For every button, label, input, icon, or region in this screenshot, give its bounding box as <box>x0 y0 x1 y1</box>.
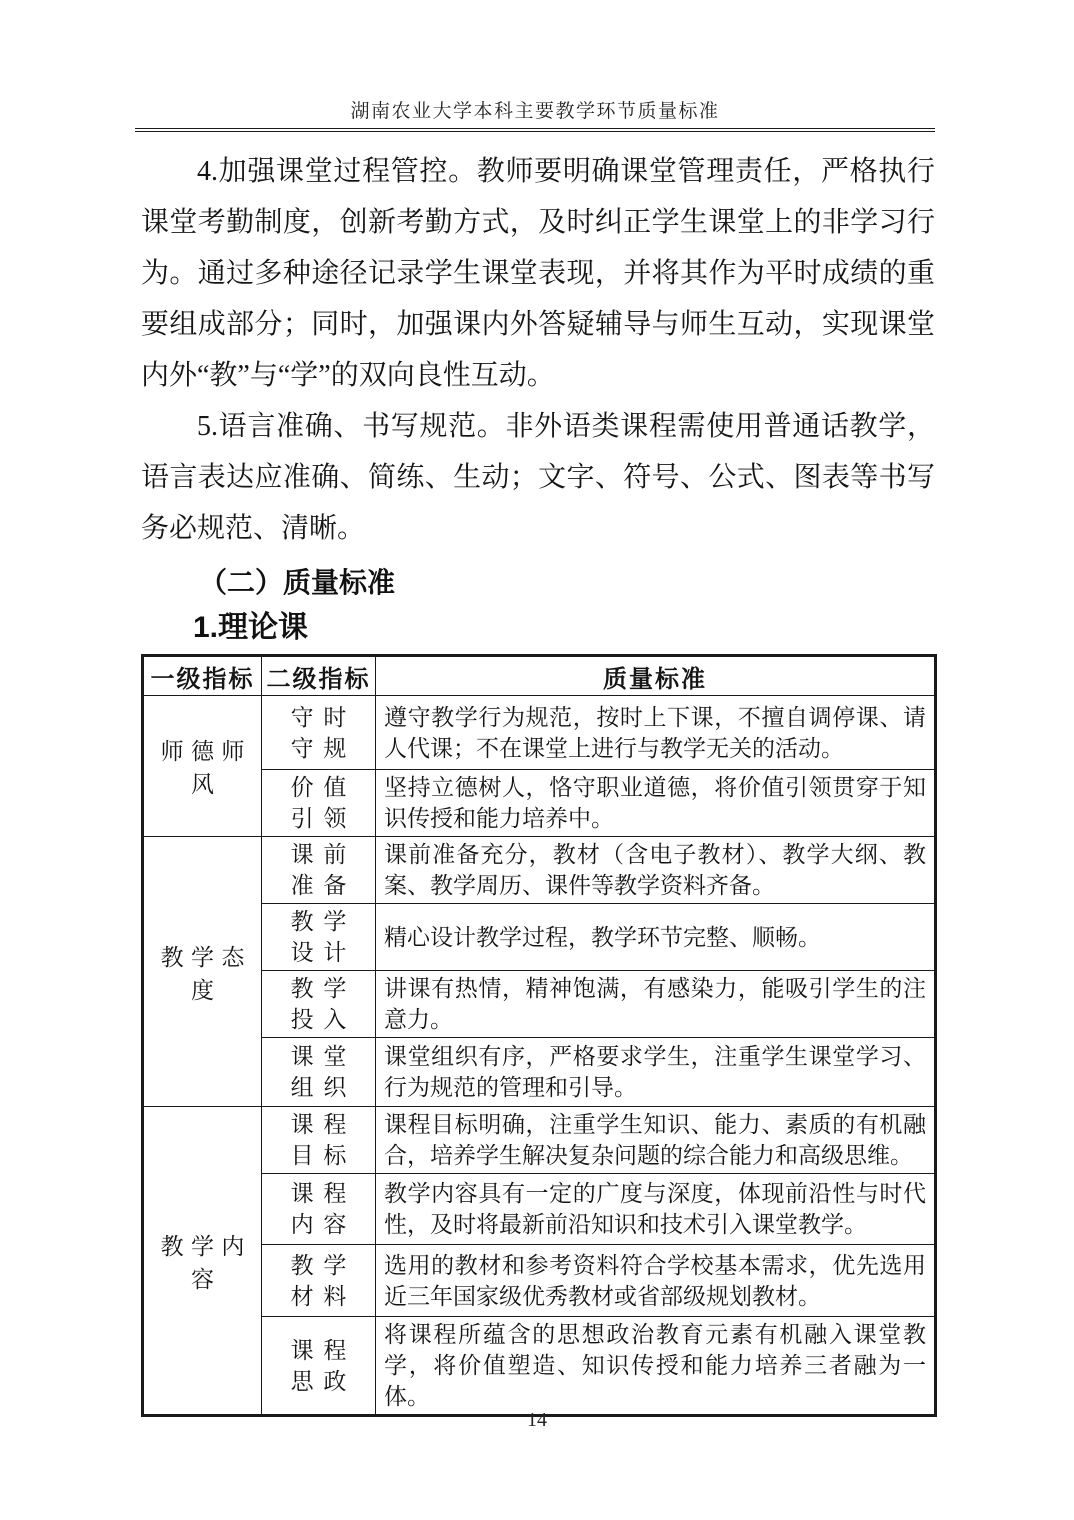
body-paragraph-4: 4.加强课堂过程管控。教师要明确课堂管理责任，严格执行课堂考勤制度，创新考勤方式… <box>141 146 935 401</box>
document-body: 4.加强课堂过程管控。教师要明确课堂管理责任，严格执行课堂考勤制度，创新考勤方式… <box>141 146 935 1417</box>
level2-indicator-line: 课程 <box>262 1178 375 1209</box>
level2-indicator-cell: 教学投入 <box>262 971 376 1038</box>
table-row: 教学投入讲课有热情，精神饱满，有感染力，能吸引学生的注意力。 <box>143 971 936 1038</box>
level2-indicator-line: 组织 <box>262 1072 375 1103</box>
quality-table-body: 师德师风守时守规遵守教学行为规范，按时上下课，不擅自调停课、请人代课；不在课堂上… <box>143 696 936 1416</box>
level2-indicator-line: 内容 <box>262 1209 375 1240</box>
level2-indicator-line: 目标 <box>262 1140 375 1171</box>
level2-indicator-line: 设计 <box>262 937 375 968</box>
standard-cell: 将课程所蕴含的思想政治教育元素有机融入课堂教学，将价值塑造、知识传授和能力培养三… <box>376 1317 936 1416</box>
section-heading: （二）质量标准 <box>199 560 935 606</box>
level1-indicator-cell: 师德师风 <box>143 696 262 837</box>
table-row: 师德师风守时守规遵守教学行为规范，按时上下课，不擅自调停课、请人代课；不在课堂上… <box>143 696 936 770</box>
level2-indicator-cell: 课堂组织 <box>262 1038 376 1107</box>
standard-cell: 课堂组织有序，严格要求学生，注重学生课堂学习、行为规范的管理和引导。 <box>376 1038 936 1107</box>
standard-cell: 课前准备充分，教材（含电子教材）、教学大纲、教案、教学周历、课件等教学资料齐备。 <box>376 837 936 904</box>
table-row: 课堂组织课堂组织有序，严格要求学生，注重学生课堂学习、行为规范的管理和引导。 <box>143 1038 936 1107</box>
level2-indicator-line: 教学 <box>262 973 375 1004</box>
level2-indicator-line: 思政 <box>262 1366 375 1397</box>
column-header-level1: 一级指标 <box>143 656 262 696</box>
body-paragraph-5: 5.语言准确、书写规范。非外语类课程需使用普通话教学，语言表达应准确、简练、生动… <box>141 401 935 554</box>
table-row: 课程内容教学内容具有一定的广度与深度，体现前沿性与时代性，及时将最新前沿知识和技… <box>143 1174 936 1245</box>
subsection-heading: 1.理论课 <box>193 606 935 650</box>
column-header-level2: 二级指标 <box>262 656 376 696</box>
level2-indicator-cell: 课程目标 <box>262 1107 376 1174</box>
table-row: 教学态度课前准备课前准备充分，教材（含电子教材）、教学大纲、教案、教学周历、课件… <box>143 837 936 904</box>
table-row: 价值引领坚持立德树人，恪守职业道德，将价值引领贯穿于知识传授和能力培养中。 <box>143 770 936 837</box>
level2-indicator-cell: 价值引领 <box>262 770 376 837</box>
table-header-row: 一级指标 二级指标 质量标准 <box>143 656 936 696</box>
level2-indicator-line: 守规 <box>262 733 375 764</box>
level2-indicator-cell: 课程思政 <box>262 1317 376 1416</box>
level2-indicator-cell: 教学设计 <box>262 904 376 971</box>
table-row: 课程思政将课程所蕴含的思想政治教育元素有机融入课堂教学，将价值塑造、知识传授和能… <box>143 1317 936 1416</box>
quality-standards-table: 一级指标 二级指标 质量标准 师德师风守时守规遵守教学行为规范，按时上下课，不擅… <box>141 654 937 1417</box>
level2-indicator-line: 课程 <box>262 1335 375 1366</box>
level2-indicator-cell: 守时守规 <box>262 696 376 770</box>
level1-indicator-cell: 教学态度 <box>143 837 262 1107</box>
standard-cell: 坚持立德树人，恪守职业道德，将价值引领贯穿于知识传授和能力培养中。 <box>376 770 936 837</box>
level2-indicator-line: 引领 <box>262 803 375 834</box>
level2-indicator-line: 价值 <box>262 772 375 803</box>
level2-indicator-line: 教学 <box>262 906 375 937</box>
standard-cell: 遵守教学行为规范，按时上下课，不擅自调停课、请人代课；不在课堂上进行与教学无关的… <box>376 696 936 770</box>
level1-indicator-cell: 教学内容 <box>143 1107 262 1416</box>
level2-indicator-line: 守时 <box>262 702 375 733</box>
table-row: 教学材料选用的教材和参考资料符合学校基本需求，优先选用近三年国家级优秀教材或省部… <box>143 1245 936 1317</box>
level2-indicator-line: 教学 <box>262 1250 375 1281</box>
standard-cell: 精心设计教学过程，教学环节完整、顺畅。 <box>376 904 936 971</box>
level2-indicator-cell: 课前准备 <box>262 837 376 904</box>
level2-indicator-cell: 课程内容 <box>262 1174 376 1245</box>
standard-cell: 讲课有热情，精神饱满，有感染力，能吸引学生的注意力。 <box>376 971 936 1038</box>
level2-indicator-line: 课前 <box>262 839 375 870</box>
level2-indicator-line: 课程 <box>262 1109 375 1140</box>
standard-cell: 教学内容具有一定的广度与深度，体现前沿性与时代性，及时将最新前沿知识和技术引入课… <box>376 1174 936 1245</box>
level2-indicator-line: 投入 <box>262 1004 375 1035</box>
table-row: 教学设计精心设计教学过程，教学环节完整、顺畅。 <box>143 904 936 971</box>
standard-cell: 课程目标明确，注重学生知识、能力、素质的有机融合，培养学生解决复杂问题的综合能力… <box>376 1107 936 1174</box>
column-header-standard: 质量标准 <box>376 656 936 696</box>
level2-indicator-line: 准备 <box>262 870 375 901</box>
level2-indicator-line: 课堂 <box>262 1041 375 1072</box>
document-page: 湖南农业大学本科主要教学环节质量标准 4.加强课堂过程管控。教师要明确课堂管理责… <box>0 0 1074 1520</box>
running-header: 湖南农业大学本科主要教学环节质量标准 <box>135 96 935 132</box>
level2-indicator-cell: 教学材料 <box>262 1245 376 1317</box>
standard-cell: 选用的教材和参考资料符合学校基本需求，优先选用近三年国家级优秀教材或省部级规划教… <box>376 1245 936 1317</box>
table-row: 教学内容课程目标课程目标明确，注重学生知识、能力、素质的有机融合，培养学生解决复… <box>143 1107 936 1174</box>
page-number: 14 <box>0 1409 1074 1432</box>
level2-indicator-line: 材料 <box>262 1281 375 1312</box>
